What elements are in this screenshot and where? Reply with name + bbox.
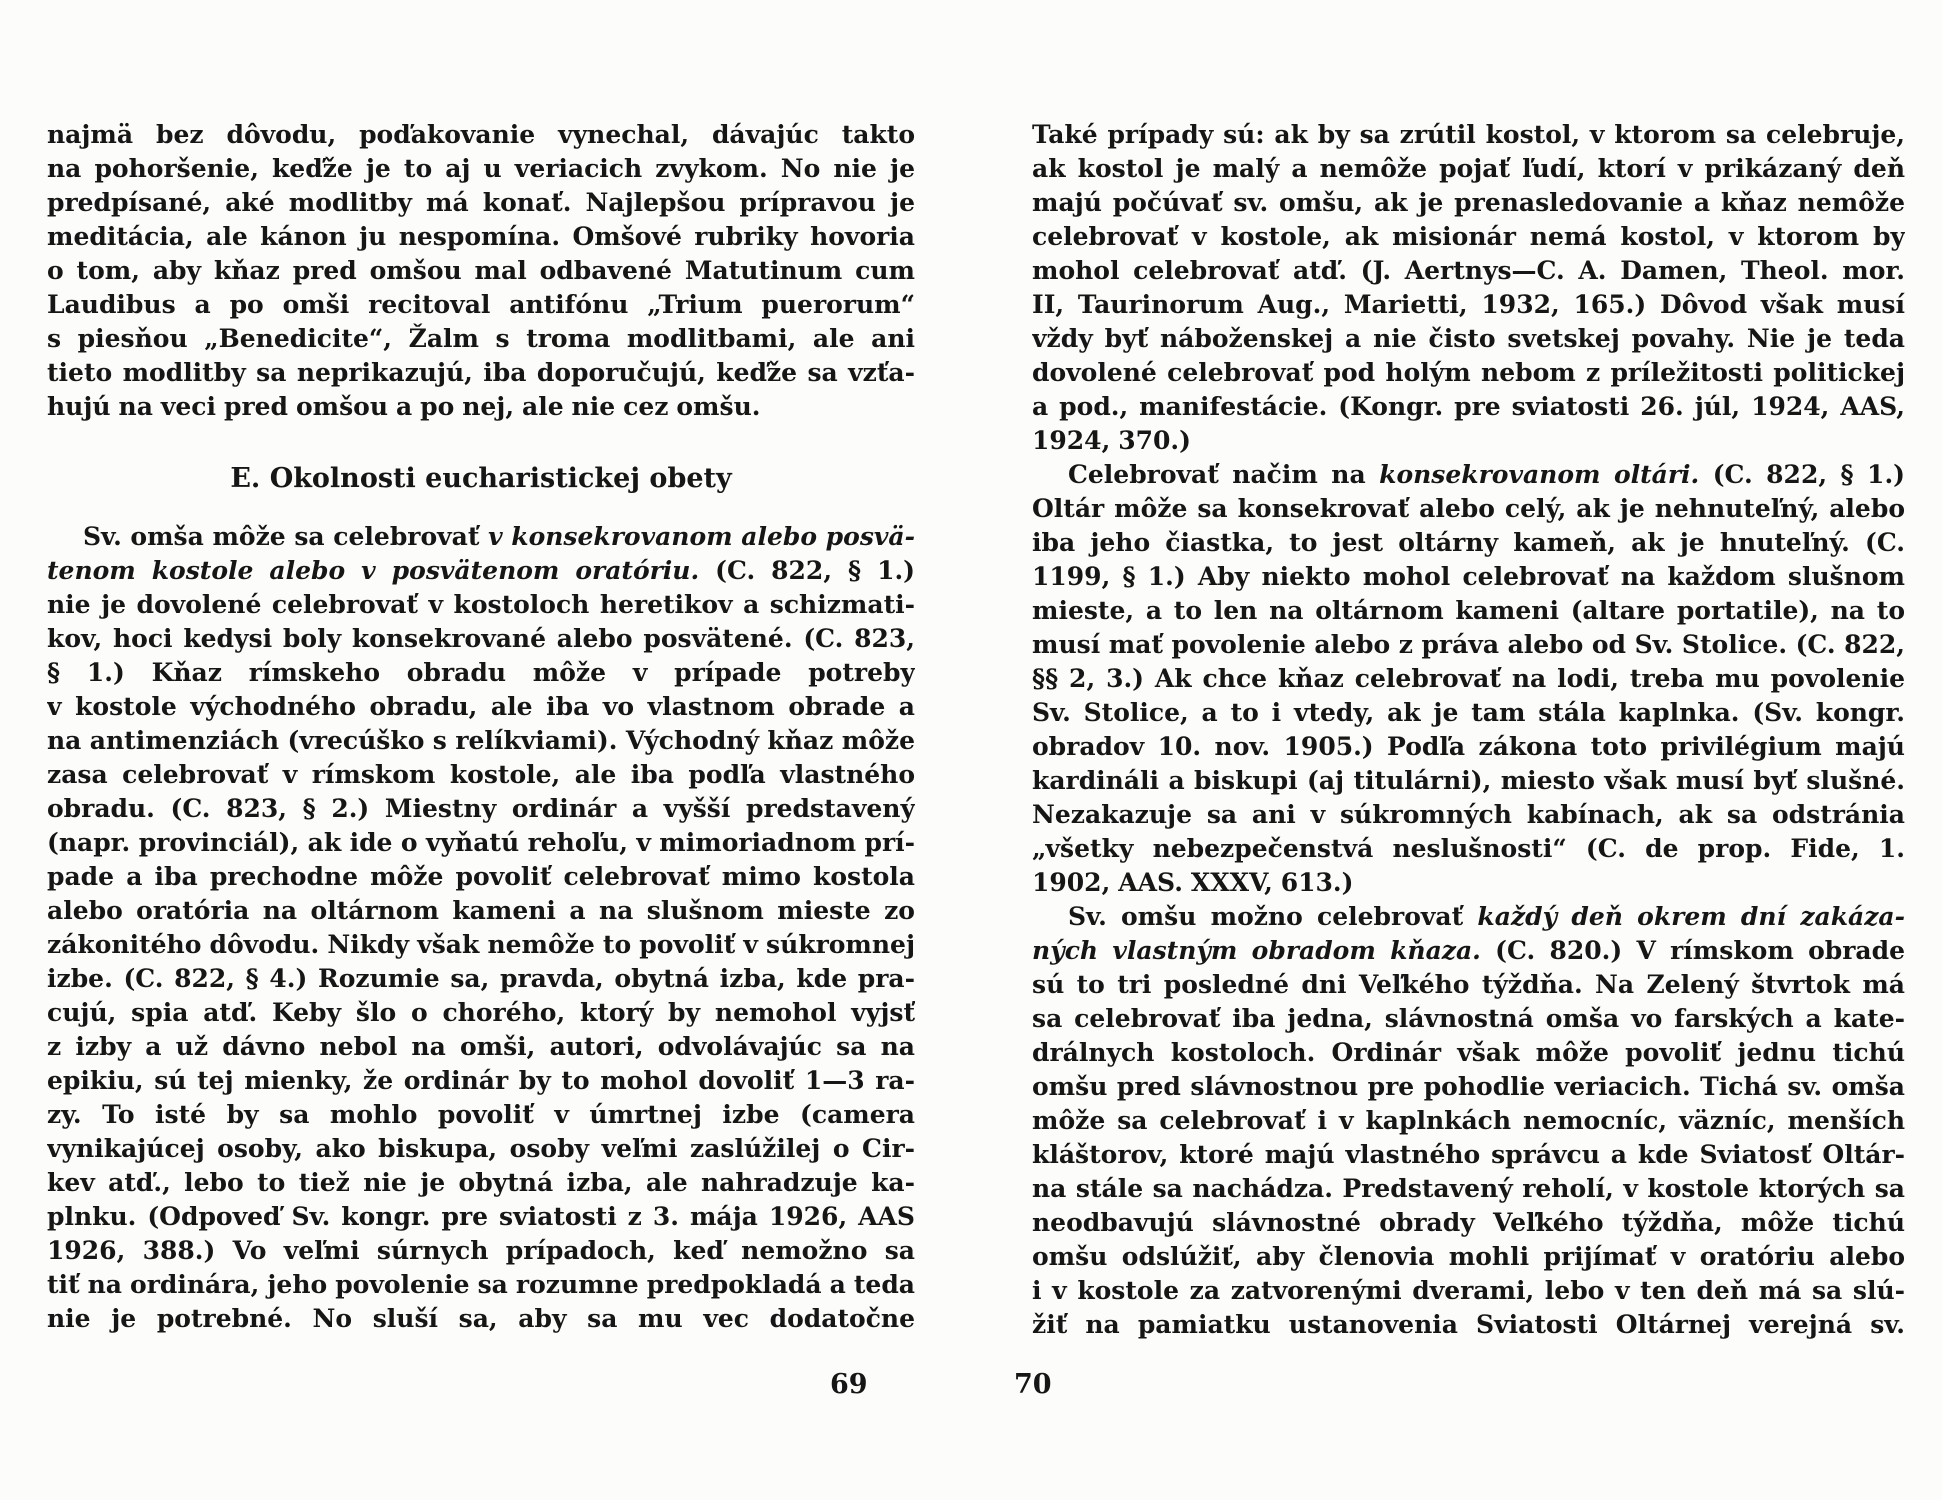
text-segment: Sv. Stolice, a to i vtedy, ak je tam stá… — [1032, 698, 1905, 727]
text-segment: Celebrovať načim na — [1068, 460, 1379, 489]
text-segment: cujú, spia atď. Keby šlo o chorého, ktor… — [47, 998, 915, 1027]
italic-text-segment: tenom kostole alebo v posvätenom oratóri… — [47, 556, 699, 585]
text-line: mohol celebrovať atď. (J. Aertnys—C. A. … — [1032, 254, 1905, 288]
text-line: meditácia, ale kánon ju nespomína. Omšov… — [47, 220, 915, 254]
text-line: epikiu, sú tej mienky, že ordinár by to … — [47, 1064, 915, 1098]
text-line: na pohoršenie, keďže je to aj u veriacic… — [47, 152, 915, 186]
italic-text-segment: každý deň okrem dní zakáza- — [1477, 902, 1905, 931]
text-line: mieste, a to len na oltárnom kameni (alt… — [1032, 594, 1905, 628]
text-segment: sa celebrovať iba jedna, slávnostná omša… — [1032, 1004, 1905, 1033]
text-segment: 1199, § 1.) Aby niekto mohol celebrovať … — [1032, 562, 1905, 591]
text-line: 1924, 370.) — [1032, 424, 1905, 458]
text-line: 1926, 388.) Vo veľmi súrnych prípadoch, … — [47, 1234, 915, 1268]
text-line: sa celebrovať iba jedna, slávnostná omša… — [1032, 1002, 1905, 1036]
text-line: (napr. provinciál), ak ide o vyňatú reho… — [47, 826, 915, 860]
text-line: hujú na veci pred omšou a po nej, ale ni… — [47, 390, 915, 424]
text-segment: 1924, 370.) — [1032, 426, 1191, 455]
paragraph: Sv. omša môže sa celebrovať v konsekrova… — [47, 520, 915, 1336]
text-line: vždy byť náboženskej a nie čisto svetske… — [1032, 322, 1905, 356]
text-line: zasa celebrovať v rímskom kostole, ale i… — [47, 758, 915, 792]
text-segment: ak kostol je malý a nemôže pojať ľudí, k… — [1032, 154, 1905, 183]
text-segment: Laudibus a po omši recitoval antifónu „T… — [47, 290, 915, 319]
text-line: tenom kostole alebo v posvätenom oratóri… — [47, 554, 915, 588]
text-line: §§ 2, 3.) Ak chce kňaz celebrovať na lod… — [1032, 662, 1905, 696]
text-segment: (C. 820.) V rímskom obrade — [1481, 936, 1905, 965]
text-segment: tieto modlitby sa neprikazujú, iba dopor… — [47, 358, 915, 387]
text-segment: epikiu, sú tej mienky, že ordinár by to … — [47, 1066, 915, 1095]
text-line: 1902, AAS. XXXV, 613.) — [1032, 866, 1905, 900]
text-segment: môže sa celebrovať i v kaplnkách nemocní… — [1032, 1106, 1905, 1135]
text-segment: meditácia, ale kánon ju nespomína. Omšov… — [47, 222, 915, 251]
text-segment: 1902, AAS. XXXV, 613.) — [1032, 868, 1353, 897]
text-line: Také prípady sú: ak by sa zrútil kostol,… — [1032, 118, 1905, 152]
page-number-left: 69 — [830, 1368, 868, 1402]
text-segment: a pod., manifestácie. (Kongr. pre sviato… — [1032, 392, 1905, 421]
text-line: majú počúvať sv. omšu, ak je prenasledov… — [1032, 186, 1905, 220]
text-line: alebo oratória na oltárnom kameni a na s… — [47, 894, 915, 928]
text-segment: na antimenziách (vrecúško s relíkviami).… — [47, 726, 915, 755]
text-segment: predpísané, aké modlitby má konať. Najle… — [47, 188, 915, 217]
text-line: Sv. omša môže sa celebrovať v konsekrova… — [47, 520, 915, 554]
text-segment: Sv. omšu možno celebrovať — [1068, 902, 1477, 931]
text-line: z izby a už dávno nebol na omši, autori,… — [47, 1030, 915, 1064]
text-line: izbe. (C. 822, § 4.) Rozumie sa, pravda,… — [47, 962, 915, 996]
text-segment: najmä bez dôvodu, poďakovanie vynechal, … — [47, 120, 915, 152]
text-line: „všetky nebezpečenstvá neslušnosti“ (C. … — [1032, 832, 1905, 866]
text-segment: žiť na pamiatku ustanovenia Sviatosti Ol… — [1032, 1310, 1905, 1339]
page-number-right: 70 — [1014, 1368, 1052, 1402]
text-segment: „všetky nebezpečenstvá neslušnosti“ (C. … — [1032, 834, 1905, 866]
text-line: pade a iba prechodne môže povoliť celebr… — [47, 860, 915, 894]
text-line: musí mať povolenie alebo z práva alebo o… — [1032, 628, 1905, 662]
text-segment: nie je dovolené celebrovať v kostoloch h… — [47, 590, 915, 619]
text-line: Laudibus a po omši recitoval antifónu „T… — [47, 288, 915, 322]
text-segment: kev atď., lebo to tiež nie je obytná izb… — [47, 1168, 915, 1197]
text-line: Nezakazuje sa ani v súkromných kabínach,… — [1032, 798, 1905, 832]
text-line: Celebrovať načim na konsekrovanom oltári… — [1032, 458, 1905, 492]
text-segment: alebo oratória na oltárnom kameni a na s… — [47, 896, 915, 925]
text-segment: zy. To isté by sa mohlo povoliť v úmrtne… — [47, 1100, 915, 1132]
text-segment: izbe. (C. 822, § 4.) Rozumie sa, pravda,… — [47, 964, 915, 993]
text-segment: na pohoršenie, keďže je to aj u veriacic… — [47, 154, 915, 183]
text-segment: sú to tri posledné dni Veľkého týždňa. N… — [1032, 970, 1905, 999]
text-line: žiť na pamiatku ustanovenia Sviatosti Ol… — [1032, 1308, 1905, 1342]
text-segment: z izby a už dávno nebol na omši, autori,… — [47, 1032, 915, 1061]
text-segment: iba jeho čiastka, to jest oltárny kameň,… — [1032, 528, 1905, 557]
italic-text-segment: ných vlastným obradom kňaza. — [1032, 936, 1481, 965]
page-left: najmä bez dôvodu, poďakovanie vynechal, … — [47, 118, 915, 1336]
text-line: a pod., manifestácie. (Kongr. pre sviato… — [1032, 390, 1905, 424]
text-line: tiť na ordinára, jeho povolenie sa rozum… — [47, 1268, 915, 1302]
text-line: dovolené celebrovať pod holým nebom z pr… — [1032, 356, 1905, 390]
text-line: ných vlastným obradom kňaza. (C. 820.) V… — [1032, 934, 1905, 968]
text-line: i v kostole za zatvorenými dverami, lebo… — [1032, 1274, 1905, 1308]
text-segment: Také prípady sú: ak by sa zrútil kostol,… — [1032, 120, 1905, 149]
text-line: obradov 10. nov. 1905.) Podľa zákona tot… — [1032, 730, 1905, 764]
text-line: s piesňou „Benedicite“, Žalm s troma mod… — [47, 322, 915, 356]
text-segment: kláštorov, ktoré majú vlastného správcu … — [1032, 1140, 1905, 1169]
text-line: Sv. Stolice, a to i vtedy, ak je tam stá… — [1032, 696, 1905, 730]
text-line: omšu pred slávnostnou pre pohodlie veria… — [1032, 1070, 1905, 1104]
text-segment: nie je potrebné. No sluší sa, aby sa mu … — [47, 1304, 915, 1336]
text-segment: musí mať povolenie alebo z práva alebo o… — [1032, 630, 1905, 659]
text-line: kardináli a biskupi (aj titulárni), mies… — [1032, 764, 1905, 798]
text-segment: kov, hoci kedysi boly konsekrované alebo… — [47, 624, 915, 653]
text-segment: mohol celebrovať atď. (J. Aertnys—C. A. … — [1032, 256, 1905, 285]
text-line: II, Taurinorum Aug., Marietti, 1932, 165… — [1032, 288, 1905, 322]
text-line: neodbavujú slávnostné obrady Veľkého týž… — [1032, 1206, 1905, 1240]
text-line: zy. To isté by sa mohlo povoliť v úmrtne… — [47, 1098, 915, 1132]
text-line: omšu odslúžiť, aby členovia mohli prijím… — [1032, 1240, 1905, 1274]
paragraph: najmä bez dôvodu, poďakovanie vynechal, … — [47, 118, 915, 424]
text-segment: §§ 2, 3.) Ak chce kňaz celebrovať na lod… — [1032, 664, 1905, 693]
text-segment: s piesňou „Benedicite“, Žalm s troma mod… — [47, 324, 915, 353]
paragraph: Také prípady sú: ak by sa zrútil kostol,… — [1032, 118, 1905, 458]
text-segment: celebrovať v kostole, ak misionár nemá k… — [1032, 222, 1905, 251]
text-line: vynikajúcej osoby, ako biskupa, osoby ve… — [47, 1132, 915, 1166]
text-line: sú to tri posledné dni Veľkého týždňa. N… — [1032, 968, 1905, 1002]
text-line: kev atď., lebo to tiež nie je obytná izb… — [47, 1166, 915, 1200]
text-line: v kostole východného obradu, ale iba vo … — [47, 690, 915, 724]
text-line: plnku. (Odpoveď Sv. kongr. pre sviatosti… — [47, 1200, 915, 1234]
text-segment: dovolené celebrovať pod holým nebom z pr… — [1032, 358, 1905, 387]
text-segment: zasa celebrovať v rímskom kostole, ale i… — [47, 760, 915, 789]
text-segment: 1926, 388.) Vo veľmi súrnych prípadoch, … — [47, 1236, 915, 1268]
text-segment: zákonitého dôvodu. Nikdy však nemôže to … — [47, 930, 915, 959]
text-segment: II, Taurinorum Aug., Marietti, 1932, 165… — [1032, 290, 1905, 319]
section-heading: E. Okolnosti eucharistickej obety — [47, 462, 915, 496]
text-line: cujú, spia atď. Keby šlo o chorého, ktor… — [47, 996, 915, 1030]
page-right: Také prípady sú: ak by sa zrútil kostol,… — [1032, 118, 1905, 1342]
text-line: na stále sa nachádza. Predstavený reholí… — [1032, 1172, 1905, 1206]
text-segment: obradov 10. nov. 1905.) Podľa zákona tot… — [1032, 732, 1905, 761]
text-line: obradu. (C. 823, § 2.) Miestny ordinár a… — [47, 792, 915, 826]
text-line: môže sa celebrovať i v kaplnkách nemocní… — [1032, 1104, 1905, 1138]
text-segment: § 1.) Kňaz rímskeho obradu môže v prípad… — [47, 658, 915, 690]
text-line: Sv. omšu možno celebrovať každý deň okre… — [1032, 900, 1905, 934]
text-line: tieto modlitby sa neprikazujú, iba dopor… — [47, 356, 915, 390]
text-segment: plnku. (Odpoveď Sv. kongr. pre sviatosti… — [47, 1202, 915, 1231]
text-segment: v kostole východného obradu, ale iba vo … — [47, 692, 915, 724]
text-segment: drálnych kostoloch. Ordinár však môže po… — [1032, 1038, 1905, 1067]
text-line: kov, hoci kedysi boly konsekrované alebo… — [47, 622, 915, 656]
text-line: kláštorov, ktoré majú vlastného správcu … — [1032, 1138, 1905, 1172]
text-line: najmä bez dôvodu, poďakovanie vynechal, … — [47, 118, 915, 152]
paragraph: Sv. omšu možno celebrovať každý deň okre… — [1032, 900, 1905, 1342]
text-segment: kardináli a biskupi (aj titulárni), mies… — [1032, 766, 1905, 795]
text-line: nie je dovolené celebrovať v kostoloch h… — [47, 588, 915, 622]
text-line: nie je potrebné. No sluší sa, aby sa mu … — [47, 1302, 915, 1336]
text-line: § 1.) Kňaz rímskeho obradu môže v prípad… — [47, 656, 915, 690]
text-segment: Nezakazuje sa ani v súkromných kabínach,… — [1032, 800, 1905, 829]
text-line: celebrovať v kostole, ak misionár nemá k… — [1032, 220, 1905, 254]
text-segment: majú počúvať sv. omšu, ak je prenasledov… — [1032, 188, 1905, 217]
text-segment: Sv. omša môže sa celebrovať — [83, 522, 488, 551]
italic-text-segment: konsekrovanom oltári. — [1379, 460, 1699, 489]
text-line: drálnych kostoloch. Ordinár však môže po… — [1032, 1036, 1905, 1070]
text-segment: (napr. provinciál), ak ide o vyňatú reho… — [47, 828, 915, 857]
text-segment: mieste, a to len na oltárnom kameni (alt… — [1032, 596, 1905, 625]
text-segment: Oltár môže sa konsekrovať alebo celý, ak… — [1032, 494, 1905, 523]
text-segment: hujú na veci pred omšou a po nej, ale ni… — [47, 392, 760, 421]
text-line: ak kostol je malý a nemôže pojať ľudí, k… — [1032, 152, 1905, 186]
book-scan-spread: najmä bez dôvodu, poďakovanie vynechal, … — [0, 0, 1942, 1500]
text-segment: vždy byť náboženskej a nie čisto svetske… — [1032, 324, 1905, 353]
text-segment: (C. 822, § 1.) — [1699, 460, 1905, 489]
text-line: iba jeho čiastka, to jest oltárny kameň,… — [1032, 526, 1905, 560]
text-segment: neodbavujú slávnostné obrady Veľkého týž… — [1032, 1208, 1905, 1237]
text-segment: o tom, aby kňaz pred omšou mal odbavené … — [47, 256, 915, 285]
text-segment: pade a iba prechodne môže povoliť celebr… — [47, 862, 915, 891]
text-segment: tiť na ordinára, jeho povolenie sa rozum… — [47, 1270, 915, 1299]
text-line: zákonitého dôvodu. Nikdy však nemôže to … — [47, 928, 915, 962]
text-line: predpísané, aké modlitby má konať. Najle… — [47, 186, 915, 220]
text-line: o tom, aby kňaz pred omšou mal odbavené … — [47, 254, 915, 288]
text-segment: obradu. (C. 823, § 2.) Miestny ordinár a… — [47, 794, 915, 823]
text-segment: na stále sa nachádza. Predstavený reholí… — [1032, 1174, 1905, 1203]
text-segment: vynikajúcej osoby, ako biskupa, osoby ve… — [47, 1134, 915, 1163]
italic-text-segment: v konsekrovanom alebo posvä- — [488, 522, 915, 551]
text-segment: i v kostole za zatvorenými dverami, lebo… — [1032, 1276, 1905, 1305]
text-line: Oltár môže sa konsekrovať alebo celý, ak… — [1032, 492, 1905, 526]
text-line: na antimenziách (vrecúško s relíkviami).… — [47, 724, 915, 758]
text-segment: omšu odslúžiť, aby členovia mohli prijím… — [1032, 1242, 1905, 1271]
text-segment: omšu pred slávnostnou pre pohodlie veria… — [1032, 1072, 1905, 1101]
text-line: 1199, § 1.) Aby niekto mohol celebrovať … — [1032, 560, 1905, 594]
paragraph: Celebrovať načim na konsekrovanom oltári… — [1032, 458, 1905, 900]
